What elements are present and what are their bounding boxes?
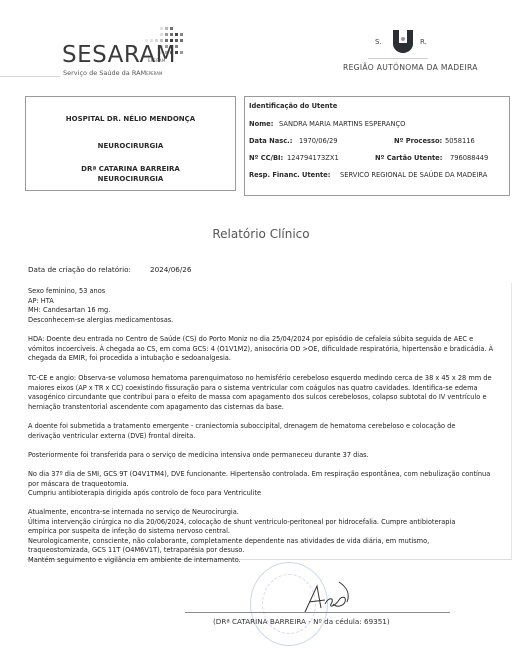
birth-date-label: Data Nasc.:: [249, 137, 292, 145]
sesaram-logo-text: SESARAM: [62, 44, 176, 67]
cc-number-label: Nº CC/BI:: [249, 154, 283, 162]
paragraph-patient-summary: Sexo feminino, 53 anosAP: HTAMH: Candesa…: [28, 287, 510, 325]
handwritten-signature-icon: [295, 578, 355, 616]
paragraph-current-status: Atualmente, encontra-se internada no ser…: [28, 508, 510, 565]
text-line: empírica por suspeita de infeção do sist…: [28, 527, 510, 537]
text-line: Última intervenção cirúrgica no dia 20/0…: [28, 518, 510, 528]
text-line: Sexo feminino, 53 anos: [28, 287, 510, 297]
patient-identification-box: Identificação do Utente Nome: SANDRA MAR…: [244, 96, 510, 196]
doctor-name: DRª CATARINA BARREIRA: [26, 165, 235, 173]
process-number-label: Nº Processo:: [394, 137, 442, 145]
region-logo-letter-s: S.: [375, 38, 382, 46]
report-date-value: 2024/06/26: [150, 265, 191, 274]
text-line: Posteriormente foi transferida para o se…: [28, 451, 510, 461]
text-line: Atualmente, encontra-se internada no ser…: [28, 508, 510, 518]
text-line: vómitos incoercíveis. À chegada ao CS, e…: [28, 345, 510, 355]
sesaram-subtitle-text: Serviço de Saúde da RAM: [63, 69, 146, 77]
text-line: MH: Candesartan 16 mg.: [28, 306, 510, 316]
signature-line: [185, 612, 450, 613]
paragraph-icu-transfer: Posteriormente foi transferida para o se…: [28, 451, 510, 461]
financial-resp-value: SERVICO REGIONAL DE SAÚDE DA MADEIRA: [340, 171, 487, 179]
sesaram-logo-subtitle: Serviço de Saúde da RAMEPERAM: [63, 69, 162, 77]
birth-date-value: 1970/06/29: [299, 137, 338, 145]
financial-resp-label: Resp. Financ. Utente:: [249, 171, 330, 179]
paragraph-treatment: A doente foi submetida a tratamento emer…: [28, 422, 510, 441]
paragraph-history: HDA: Doente deu entrada no Centro de Saú…: [28, 335, 510, 364]
doctor-department: NEUROCIRURGIA: [26, 175, 235, 183]
name-value: SANDRA MARIA MARTINS ESPERANÇO: [279, 120, 405, 128]
text-line: Desconhecem-se alergias medicamentosas.: [28, 316, 510, 326]
report-date-label: Data de criação do relatório:: [28, 265, 131, 274]
text-line: Cumpriu antibioterapia dirigida após con…: [28, 489, 510, 499]
text-line: derivação ventricular externa (DVE) fron…: [28, 432, 510, 442]
user-card-value: 796088449: [450, 154, 488, 162]
user-card-label: Nº Cartão Utente:: [375, 154, 442, 162]
cc-number-value: 124794173ZX1: [287, 154, 339, 162]
region-logo-divider: [368, 58, 428, 59]
sesaram-subtitle-suffix: EPERAM: [146, 71, 162, 76]
text-line: por máscara de traqueotomia.: [28, 480, 510, 490]
signature-caption: (DRª CATARINA BARREIRA - Nº da cédula: 6…: [213, 617, 390, 626]
hospital-info-box: HOSPITAL DR. NÉLIO MENDONÇA NEUROCIRURGI…: [25, 96, 236, 191]
process-number-value: 5058116: [445, 137, 475, 145]
header-divider-left: [0, 76, 60, 77]
paragraph-icu-status: No dia 37º dia de SMI, GCS 9T (O4V1TM4),…: [28, 470, 510, 499]
text-line: No dia 37º dia de SMI, GCS 9T (O4V1TM4),…: [28, 470, 510, 480]
text-line: vasogénico circundante que contribui par…: [28, 393, 510, 403]
text-line: maiores eixos (AP x TR x CC) coexistindo…: [28, 384, 510, 394]
report-title: Relatório Clínico: [0, 227, 522, 241]
text-line: chegada da EMIR, foi procedida a intubaç…: [28, 354, 510, 364]
text-line: HDA: Doente deu entrada no Centro de Saú…: [28, 335, 510, 345]
sesaram-logo-suffix: EPERAM: [148, 58, 165, 63]
text-line: Neurologicamente, consciente, não colabo…: [28, 537, 510, 547]
hospital-name: HOSPITAL DR. NÉLIO MENDONÇA: [26, 115, 235, 123]
paragraph-imaging: TC-CE e angio: Observa-se volumoso hemat…: [28, 374, 510, 412]
text-line: traqueostomizada, GCS 11T (O4M6V1T), tet…: [28, 546, 510, 556]
text-line: AP: HTA: [28, 297, 510, 307]
patient-box-title: Identificação do Utente: [249, 102, 337, 110]
region-shield-icon: [392, 29, 414, 54]
name-label: Nome:: [249, 120, 273, 128]
region-logo-name: REGIÃO AUTÓNOMA DA MADEIRA: [343, 63, 478, 72]
text-line: TC-CE e angio: Observa-se volumoso hemat…: [28, 374, 510, 384]
text-line: A doente foi submetida a tratamento emer…: [28, 422, 510, 432]
region-logo-letter-r: R.: [420, 38, 427, 46]
text-line: herniação transtentorial ascendente com …: [28, 403, 510, 413]
department-name: NEUROCIRURGIA: [26, 142, 235, 150]
text-line: Mantém seguimento e vigilância em ambien…: [28, 556, 510, 566]
